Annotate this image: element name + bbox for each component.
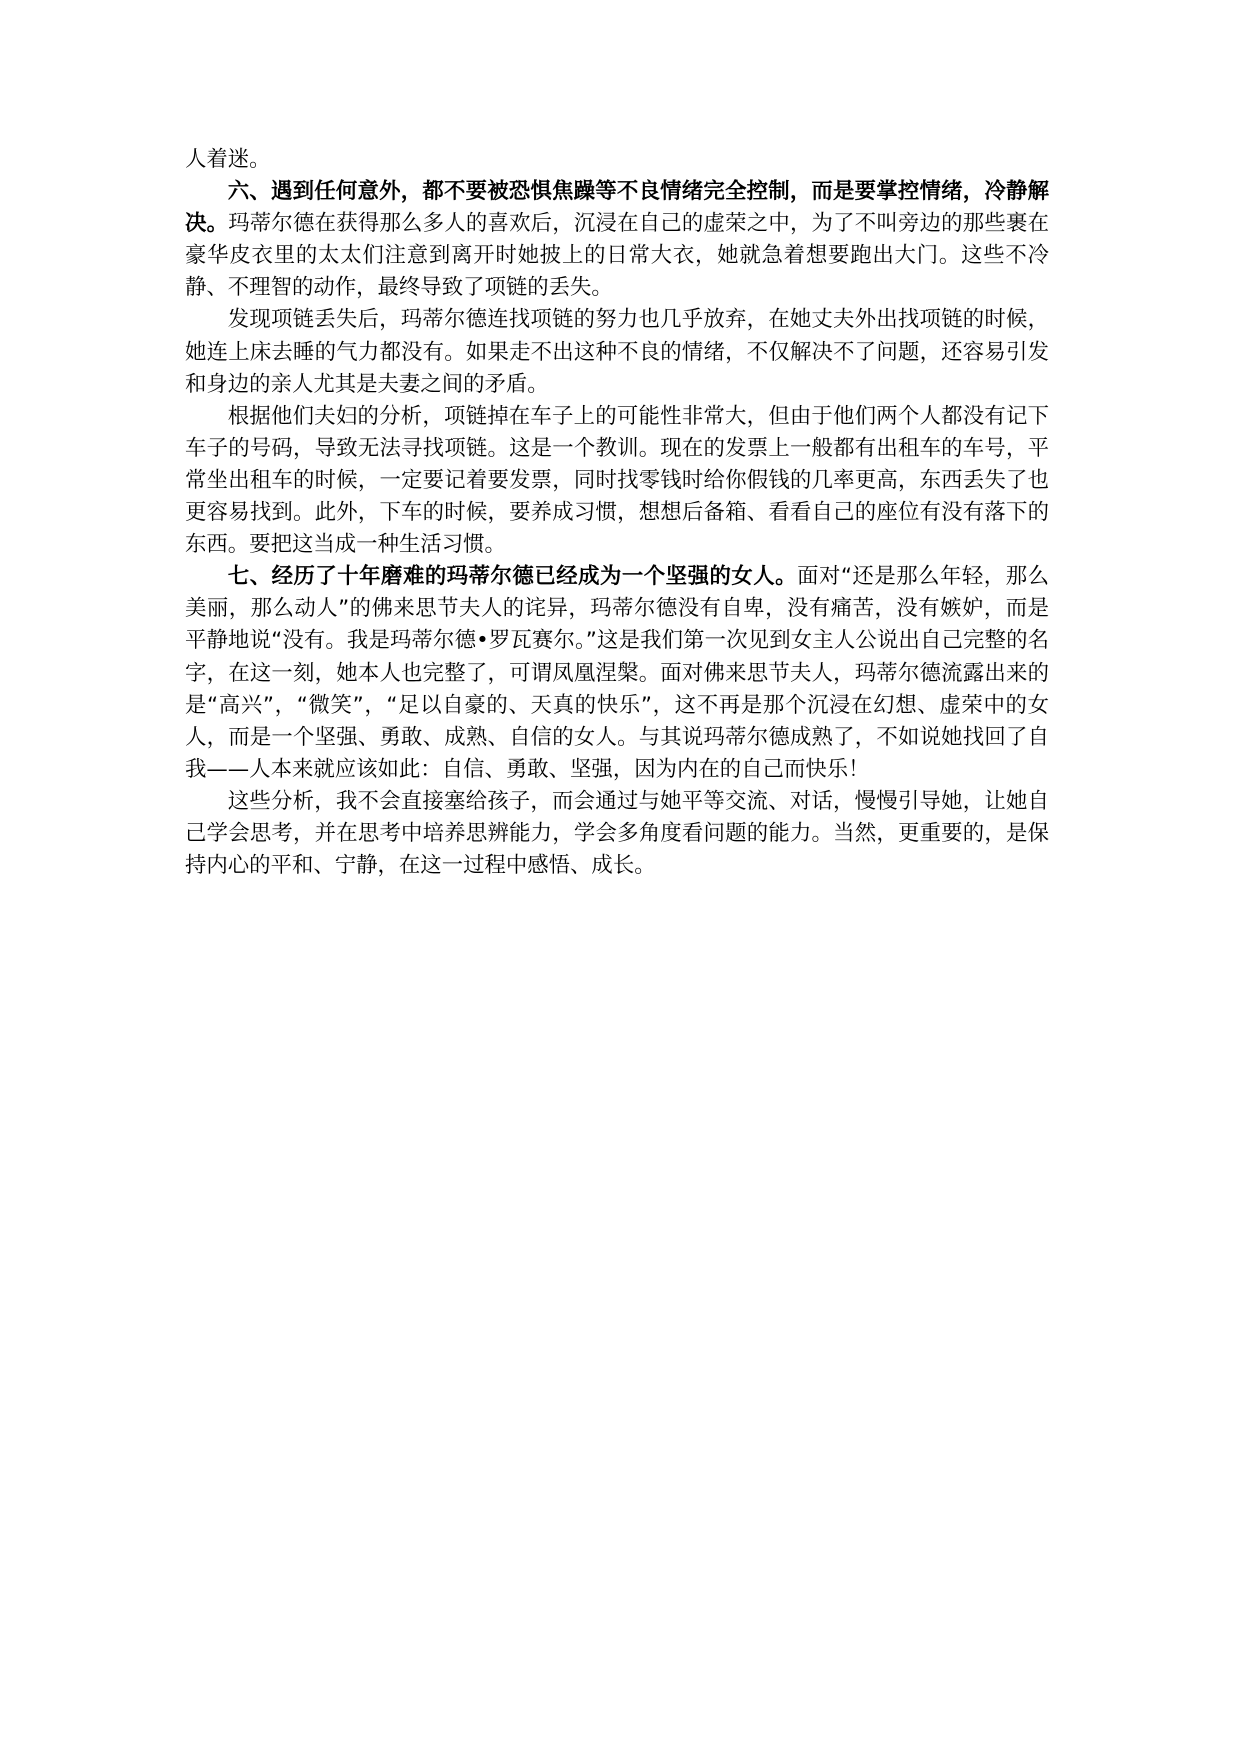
paragraph-point-seven: 七、经历了十年磨难的玛蒂尔德已经成为一个坚强的女人。面对“还是那么年轻，那么美丽… [185, 561, 1049, 786]
paragraph-text: 这些分析，我不会直接塞给孩子，而会通过与她平等交流、对话，慢慢引导她，让她自己学… [185, 789, 1049, 878]
paragraph-heading-bold: 七、经历了十年磨难的玛蒂尔德已经成为一个坚强的女人。 [228, 564, 797, 589]
paragraph-analysis-taxi: 根据他们夫妇的分析，项链掉在车子上的可能性非常大，但由于他们两个人都没有记下车子… [185, 401, 1049, 561]
paragraph-conclusion: 这些分析，我不会直接塞给孩子，而会通过与她平等交流、对话，慢慢引导她，让她自己学… [185, 786, 1049, 882]
paragraph-text: 根据他们夫妇的分析，项链掉在车子上的可能性非常大，但由于他们两个人都没有记下车子… [185, 404, 1049, 557]
paragraph-continuation: 人着迷。 [185, 144, 1049, 176]
paragraph-text: 面对“还是那么年轻，那么美丽，那么动人”的佛来思节夫人的诧异，玛蒂尔德没有自卑，… [185, 564, 1049, 782]
paragraph-text: 人着迷。 [185, 147, 271, 172]
paragraph-point-six: 六、遇到任何意外，都不要被恐惧焦躁等不良情绪完全控制，而是要掌控情绪，冷静解决。… [185, 176, 1049, 304]
paragraph-text: 玛蒂尔德在获得那么多人的喜欢后，沉浸在自己的虚荣之中，为了不叫旁边的那些裹在豪华… [185, 211, 1049, 300]
paragraph-text: 发现项链丢失后，玛蒂尔德连找项链的努力也几乎放弃，在她丈夫外出找项链的时候，她连… [185, 307, 1049, 396]
paragraph-necklace-lost: 发现项链丢失后，玛蒂尔德连找项链的努力也几乎放弃，在她丈夫外出找项链的时候，她连… [185, 304, 1049, 400]
document-page: 人着迷。 六、遇到任何意外，都不要被恐惧焦躁等不良情绪完全控制，而是要掌控情绪，… [185, 144, 1049, 882]
